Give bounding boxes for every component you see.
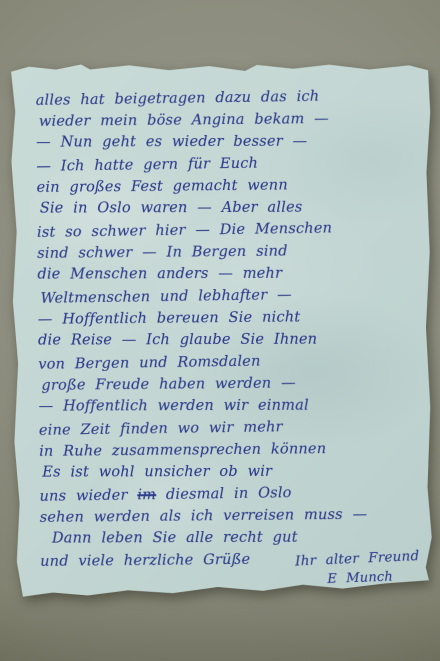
- letter-line: große Freude haben werden —: [41, 371, 417, 397]
- letter-paper: alles hat beigetragen dazu das ich wiede…: [11, 62, 432, 598]
- line-segment: diesmal in Oslo: [166, 485, 292, 503]
- letter-line: wieder mein böse Angina bekam —: [39, 107, 415, 133]
- signature: E Munch: [327, 569, 393, 588]
- letter-line: sehen werden als ich verreisen muss —: [40, 503, 419, 529]
- letter-line: — Hoffentlich bereuen Sie nicht: [38, 305, 417, 331]
- photo-backdrop: alles hat beigetragen dazu das ich wiede…: [0, 0, 440, 661]
- letter-line: Dann leben Sie alle recht gut: [52, 526, 419, 549]
- letter-paper-shadow: alles hat beigetragen dazu das ich wiede…: [11, 62, 432, 598]
- letter-line: in Ruhe zusammensprechen können: [39, 437, 418, 463]
- struck-out-word: im: [137, 487, 156, 503]
- letter-line: sind schwer — In Bergen sind: [37, 239, 416, 265]
- letter-text: alles hat beigetragen dazu das ich wiede…: [36, 85, 420, 596]
- closing-greeting: und viele herzliche Grüße: [40, 549, 250, 573]
- line-segment: uns wieder: [39, 487, 127, 504]
- letter-line: ein großes Fest gemacht wenn: [36, 173, 415, 199]
